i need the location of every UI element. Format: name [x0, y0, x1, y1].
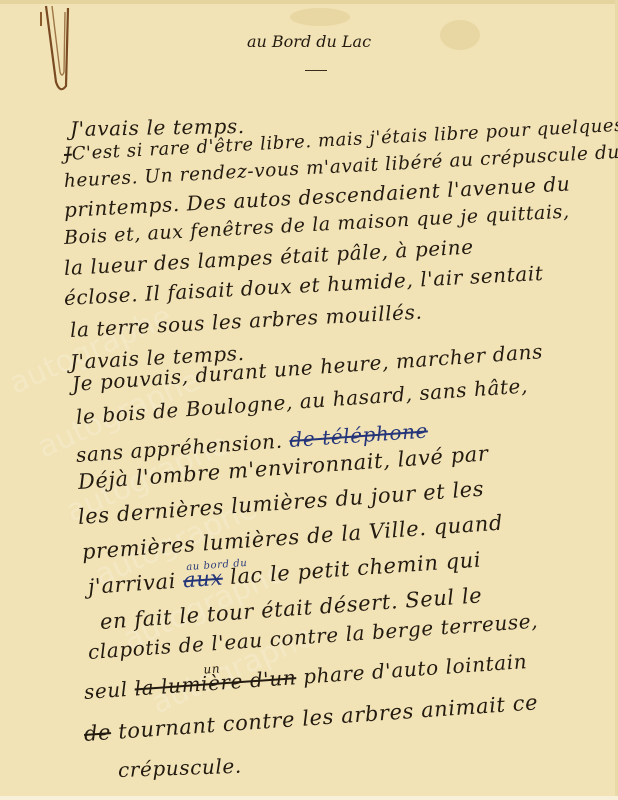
page-edge-bottom: [0, 796, 618, 800]
document-title: au Bord du Lac: [0, 32, 618, 51]
insertion-text: un: [203, 656, 221, 681]
struck-text: de: [83, 720, 112, 746]
paper-stain: [290, 8, 350, 26]
manuscript-line: crépuscule.: [118, 754, 243, 782]
insertion-text: au bord du: [185, 552, 248, 580]
manuscript-page: au Bord du Lac autographe autographe aut…: [0, 0, 618, 800]
page-edge-top: [0, 0, 618, 4]
title-divider: [305, 70, 327, 71]
